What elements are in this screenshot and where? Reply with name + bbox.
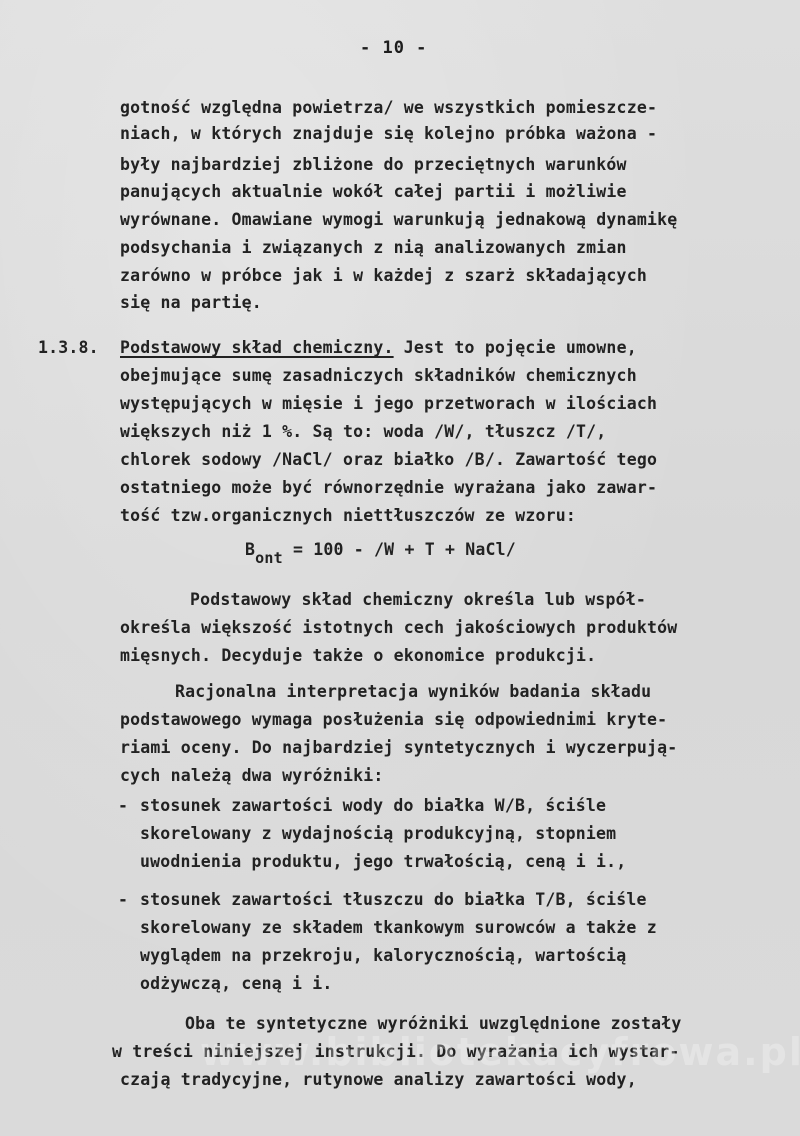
text-line: się na partię. bbox=[120, 293, 262, 313]
bullet-line: odżywczą, ceną i i. bbox=[140, 974, 333, 994]
page-number: - 10 - bbox=[360, 38, 427, 58]
text-line: panujących aktualnie wokół całej partii … bbox=[120, 182, 627, 202]
text-line: podstawowego wymaga posłużenia się odpow… bbox=[120, 710, 667, 730]
document-page: - 10 - gotność względna powietrza/ we ws… bbox=[0, 0, 800, 1136]
text-line: cych należą dwa wyróżniki: bbox=[120, 766, 383, 786]
bullet-marker: - bbox=[118, 890, 128, 910]
text-line: mięsnych. Decyduje także o ekonomice pro… bbox=[120, 646, 596, 666]
text-line: gotność względna powietrza/ we wszystkic… bbox=[120, 98, 657, 118]
text-line: obejmujące sumę zasadniczych składników … bbox=[120, 366, 637, 386]
bullet-line: skorelowany ze składem tkankowym surowcó… bbox=[140, 918, 657, 938]
section-heading-line: Podstawowy skład chemiczny. Jest to poję… bbox=[120, 338, 637, 358]
bullet-line: skorelowany z wydajnością produkcyjną, s… bbox=[140, 824, 616, 844]
formula-symbol: B bbox=[245, 540, 255, 559]
text-line: większych niż 1 %. Są to: woda /W/, tłus… bbox=[120, 422, 606, 442]
bullet-line: stosunek zawartości wody do białka W/B, … bbox=[140, 796, 606, 816]
formula-expression: = 100 - /W + T + NaCl/ bbox=[283, 540, 516, 559]
formula: Bont = 100 - /W + T + NaCl/ bbox=[245, 540, 516, 560]
bullet-marker: - bbox=[118, 796, 128, 816]
text-line: Racjonalna interpretacja wyników badania… bbox=[175, 682, 651, 702]
text-line: Oba te syntetyczne wyróżniki uwzględnion… bbox=[185, 1014, 682, 1034]
text-line: czają tradycyjne, rutynowe analizy zawar… bbox=[120, 1070, 637, 1090]
text-line: zarówno w próbce jak i w każdej z szarż … bbox=[120, 266, 647, 286]
text-line: ostatniego może być równorzędnie wyrażan… bbox=[120, 478, 657, 498]
text-line: riami oceny. Do najbardziej syntetycznyc… bbox=[120, 738, 677, 758]
text-line: były najbardziej zbliżone do przeciętnyc… bbox=[120, 155, 627, 175]
section-title: Podstawowy skład chemiczny. bbox=[120, 338, 394, 357]
text-line: wyrównane. Omawiane wymogi warunkują jed… bbox=[120, 210, 677, 230]
section-first-line: Jest to pojęcie umowne, bbox=[394, 338, 637, 357]
text-line: określa większość istotnych cech jakości… bbox=[120, 618, 677, 638]
formula-subscript: ont bbox=[255, 549, 283, 567]
text-line: występujących w mięsie i jego przetworac… bbox=[120, 394, 657, 414]
text-line: chlorek sodowy /NaCl/ oraz białko /B/. Z… bbox=[120, 450, 657, 470]
bullet-line: wyglądem na przekroju, kalorycznością, w… bbox=[140, 946, 626, 966]
bullet-line: uwodnienia produktu, jego trwałością, ce… bbox=[140, 852, 626, 872]
text-line: Podstawowy skład chemiczny określa lub w… bbox=[190, 590, 646, 610]
text-line: podsychania i związanych z nią analizowa… bbox=[120, 238, 627, 258]
text-line: tość tzw.organicznych niettłuszczów ze w… bbox=[120, 506, 576, 526]
section-number: 1.3.8. bbox=[38, 338, 99, 358]
text-line: w treści niniejszej instrukcji. Do wyraż… bbox=[112, 1042, 680, 1062]
text-line: niach, w których znajduje się kolejno pr… bbox=[120, 124, 657, 144]
bullet-line: stosunek zawartości tłuszczu do białka T… bbox=[140, 890, 647, 910]
